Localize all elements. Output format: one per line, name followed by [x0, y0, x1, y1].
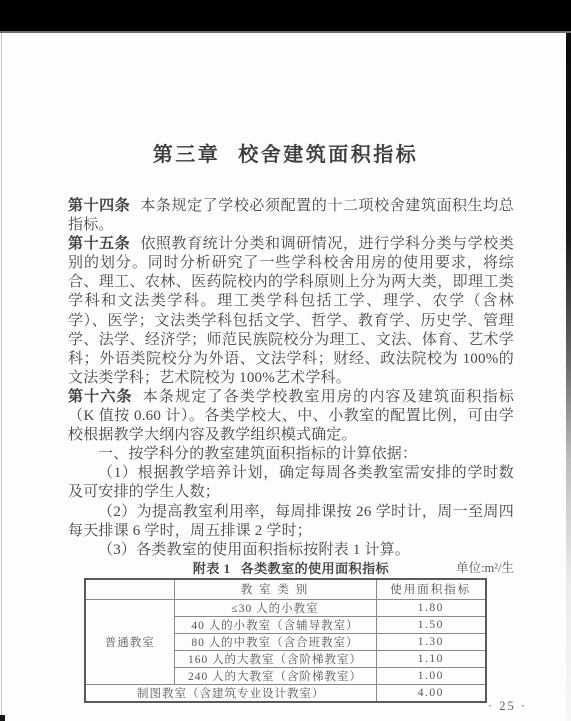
chapter-heading: 第三章校舍建筑面积指标: [0, 138, 571, 167]
body-text-block: 第十四条本条规定了学校必须配置的十二项校舍建筑面积生均总指标。 第十五条依照教育…: [68, 197, 514, 560]
article-14-text: 本条规定了学校必须配置的十二项校舍建筑面积生均总指标。: [68, 198, 514, 233]
scan-right-edge-shadow: [566, 33, 571, 721]
table-caption: 附表 1各类教室的使用面积指标: [68, 558, 514, 577]
table-header-type: 教 室 类 别: [174, 579, 376, 599]
table-cell-type: 80 人的中教室（含合班教室）: [174, 633, 376, 650]
table-cell-type: 40 人的小教室（含辅导教室）: [174, 616, 376, 633]
table-cell-value: 1.10: [376, 650, 486, 667]
sub-paragraph-basis: 一、按学科分的教室建筑面积指标的计算依据：: [68, 445, 514, 464]
sub-paragraph-item-3: （3）各类教室的使用面积指标按附表 1 计算。: [68, 541, 514, 560]
table-cell-value: 1.30: [376, 633, 486, 650]
table-unit-label: 单位:m²/生: [450, 558, 514, 576]
table-cell-type: 240 人的大教室（含阶梯教室）: [174, 667, 376, 684]
sub-paragraph-item-2: （2）为提高教室利用率，每周排课按 26 学时计，周一至周四每天排课 6 学时，…: [68, 503, 514, 541]
article-15-text: 依照教育统计分类和调研情况，进行学科分类与学校类别的划分。同时分析研究了一些学科…: [68, 236, 514, 386]
classroom-area-table: 教 室 类 别 使用面积指标 普通教室 ≤30 人的小教室 1.80 40 人的…: [84, 578, 487, 703]
chapter-title-text: 校舍建筑面积指标: [238, 144, 418, 166]
article-15-label: 第十五条: [68, 236, 130, 252]
table-footer-value: 4.00: [376, 684, 486, 702]
article-16-text: 本条规定了各类学校教室用房的内容及建筑面积指标（K 值按 0.60 计）。各类学…: [68, 389, 514, 443]
scanned-document-page: 第三章校舍建筑面积指标 第十四条本条规定了学校必须配置的十二项校舍建筑面积生均总…: [0, 0, 571, 721]
scan-corner-artifact: [0, 715, 5, 721]
table-cell-value: 1.50: [376, 616, 486, 633]
page-number: · 25 ·: [488, 699, 527, 714]
paragraph-article-16: 第十六条本条规定了各类学校教室用房的内容及建筑面积指标（K 值按 0.60 计）…: [68, 388, 514, 445]
scan-left-edge-line: [1, 33, 2, 721]
table-cell-value: 1.00: [376, 667, 486, 684]
scan-top-black-bar: [0, 0, 571, 33]
table-footer-type: 制图教室（含建筑专业设计教室）: [85, 684, 376, 702]
table-cell-type: ≤30 人的小教室: [174, 599, 376, 616]
table-caption-title: 各类教室的使用面积指标: [241, 561, 390, 576]
article-16-label: 第十六条: [68, 389, 133, 405]
table-caption-row: 附表 1各类教室的使用面积指标 单位:m²/生: [68, 558, 514, 574]
article-14-label: 第十四条: [68, 198, 130, 214]
table-group-label: 普通教室: [85, 599, 174, 684]
table-cell-value: 1.80: [376, 599, 486, 616]
table-caption-label: 附表 1: [193, 561, 231, 576]
paragraph-article-15: 第十五条依照教育统计分类和调研情况，进行学科分类与学校类别的划分。同时分析研究了…: [68, 235, 514, 388]
paragraph-article-14: 第十四条本条规定了学校必须配置的十二项校舍建筑面积生均总指标。: [68, 197, 514, 235]
table-row: 普通教室 ≤30 人的小教室 1.80: [85, 599, 486, 616]
sub-paragraph-item-1: （1）根据教学培养计划，确定每周各类教室需安排的学时数及可安排的学生人数；: [68, 464, 514, 502]
table-header-row: 教 室 类 别 使用面积指标: [85, 579, 486, 599]
table-header-empty-cell: [85, 579, 174, 599]
table-header-value: 使用面积指标: [376, 579, 486, 599]
table-cell-type: 160 人的大教室（含阶梯教室）: [174, 650, 376, 667]
table-footer-row: 制图教室（含建筑专业设计教室） 4.00: [85, 684, 486, 702]
chapter-number: 第三章: [153, 144, 221, 166]
